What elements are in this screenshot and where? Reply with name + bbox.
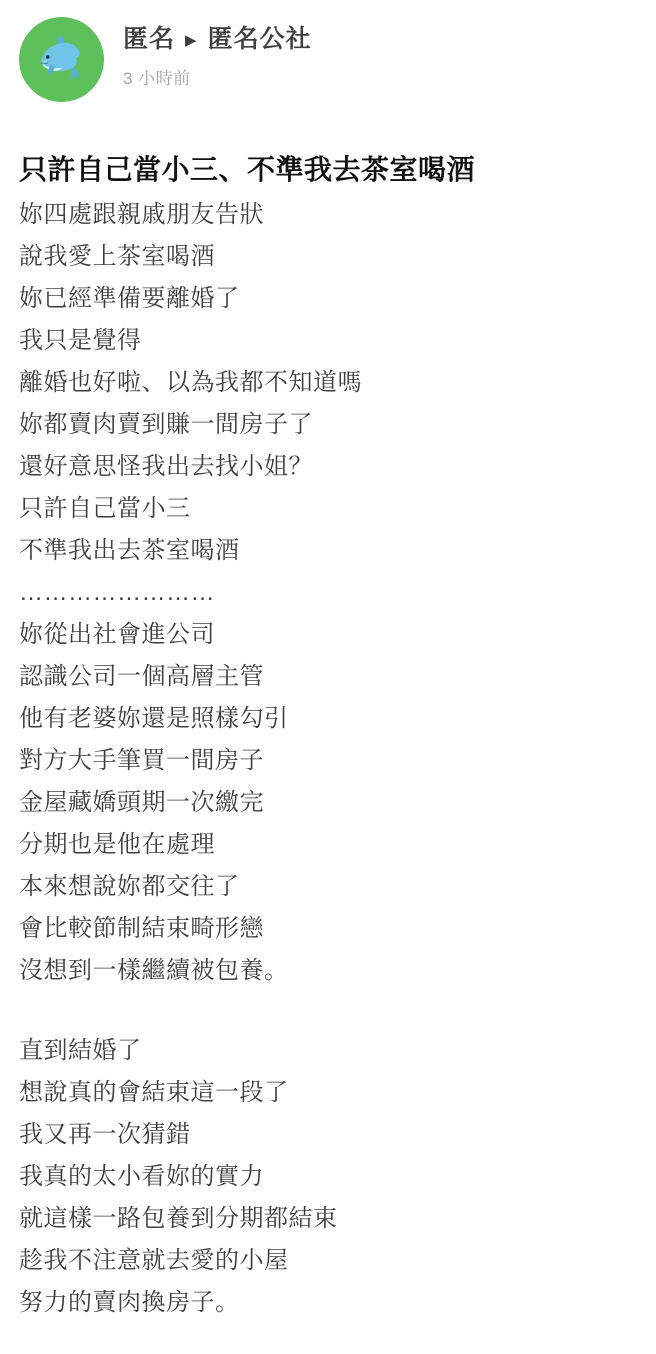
post-blank-line <box>19 992 636 1030</box>
dolphin-icon <box>35 33 89 87</box>
post-line: 認識公司一個高層主管 <box>19 656 636 698</box>
board-name-link[interactable]: 匿名公社 <box>208 26 312 54</box>
post-timestamp: 3 小時前 <box>123 64 312 89</box>
post-line: 想說真的會結束這一段了 <box>19 1072 636 1114</box>
avatar[interactable] <box>19 17 104 102</box>
post-line: 妳四處跟親戚朋友告狀 <box>19 194 636 236</box>
anonymous-post: 匿名 ▶ 匿名公社 3 小時前 只許自己當小三、不準我去茶室喝酒 妳四處跟親戚朋… <box>0 0 656 1354</box>
post-line: 說我愛上茶室喝酒 <box>19 236 636 278</box>
post-line: 會比較節制結束畸形戀 <box>19 908 636 950</box>
post-line: 分期也是他在處理 <box>19 824 636 866</box>
post-line: 本來想說妳都交往了 <box>19 866 636 908</box>
post-line: 妳從出社會進公司 <box>19 614 636 656</box>
author-name: 匿名 <box>123 26 175 54</box>
post-line: 只許自己當小三 <box>19 488 636 530</box>
post-line: 直到結婚了 <box>19 1030 636 1072</box>
post-line: 我真的太小看妳的實力 <box>19 1156 636 1198</box>
post-line: …………………… <box>19 572 636 614</box>
post-line: 不準我出去茶室喝酒 <box>19 530 636 572</box>
byline: 匿名 ▶ 匿名公社 <box>123 26 312 54</box>
post-header: 匿名 ▶ 匿名公社 3 小時前 <box>0 0 656 102</box>
post-line: 金屋藏嬌頭期一次繳完 <box>19 782 636 824</box>
post-title: 只許自己當小三、不準我去茶室喝酒 <box>0 153 656 187</box>
header-text: 匿名 ▶ 匿名公社 3 小時前 <box>123 17 312 89</box>
post-line: 離婚也好啦、以為我都不知道嗎 <box>19 362 636 404</box>
post-line: 他有老婆妳還是照樣勾引 <box>19 698 636 740</box>
post-line: 妳已經準備要離婚了 <box>19 278 636 320</box>
post-line: 對方大手筆買一間房子 <box>19 740 636 782</box>
post-line: 還好意思怪我出去找小姐？ <box>19 446 636 488</box>
post-body: 妳四處跟親戚朋友告狀說我愛上茶室喝酒妳已經準備要離婚了我只是覺得離婚也好啦、以為… <box>0 194 656 1354</box>
post-line: 我又再一次猜錯 <box>19 1114 636 1156</box>
post-line: 努力的賣肉換房子。 <box>19 1282 636 1324</box>
post-line: 沒想到一樣繼續被包養。 <box>19 950 636 992</box>
post-line: 我只是覺得 <box>19 320 636 362</box>
post-line: 就這樣一路包養到分期都結束 <box>19 1198 636 1240</box>
breadcrumb-arrow-icon: ▶ <box>185 33 198 50</box>
post-line: 妳都賣肉賣到賺一間房子了 <box>19 404 636 446</box>
post-line: 趁我不注意就去愛的小屋 <box>19 1240 636 1282</box>
